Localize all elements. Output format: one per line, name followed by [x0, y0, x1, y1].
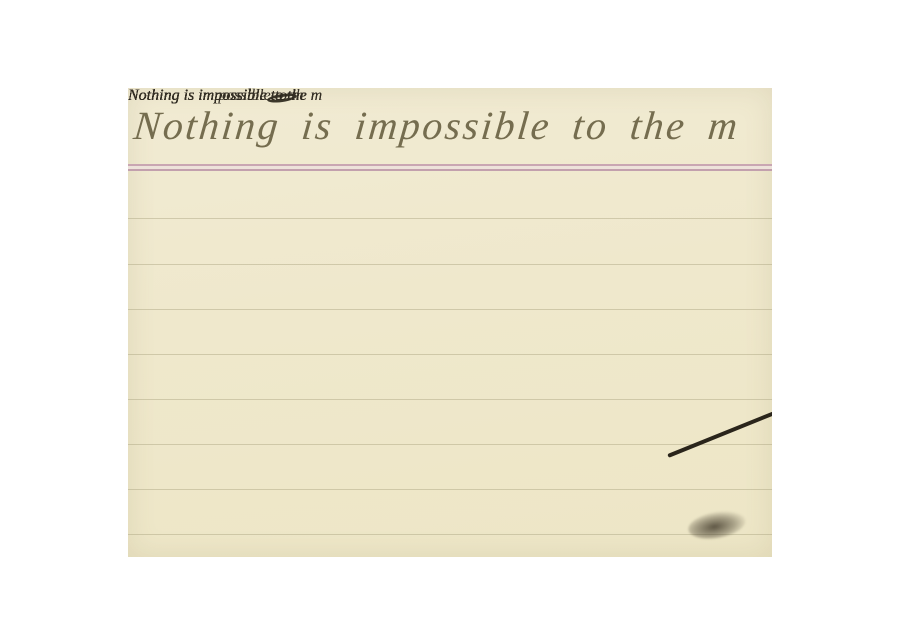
- baseline-rule: [128, 534, 772, 535]
- practice-line: Nothing is impossible to the: [128, 88, 307, 104]
- baseline-rule: [128, 309, 772, 310]
- baseline-rule: [128, 399, 772, 400]
- handwriting-practice-sheet: Nothing is impossible to the m Nothing i…: [128, 88, 772, 557]
- baseline-rule: [128, 489, 772, 490]
- baseline-rule: [128, 444, 772, 445]
- exemplar-line: Nothing is impossible to the m: [132, 104, 742, 148]
- baseline-rule: [128, 218, 772, 219]
- baseline-rule: [128, 264, 772, 265]
- ink-blot: [686, 507, 748, 543]
- baseline-rule: [128, 354, 772, 355]
- header-rule: [128, 164, 772, 171]
- flourish-stroke: [667, 398, 772, 458]
- page-background: Nothing is impossible to the m Nothing i…: [0, 0, 900, 643]
